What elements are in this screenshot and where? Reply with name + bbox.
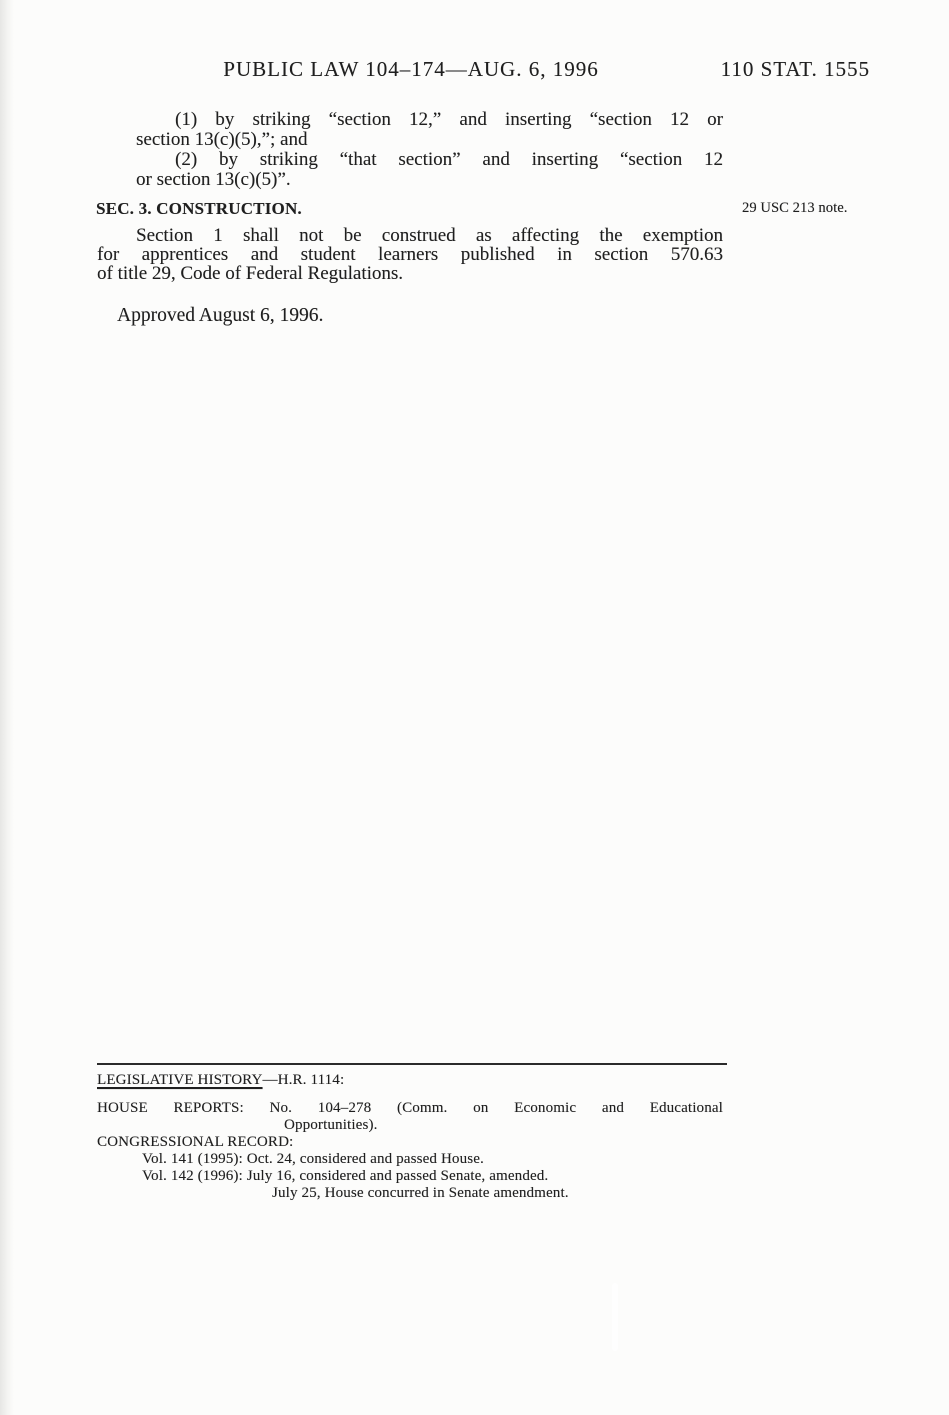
section-3-body-line-3: of title 29, Code of Federal Regulations… [97,264,403,285]
legislative-history-heading-rest: —H.R. 1114: [262,1072,344,1088]
legislative-history-rule [97,1063,727,1065]
running-head-stat-page: 110 STAT. 1555 [690,58,870,81]
amendment-1-line-1: (1) by striking “section 12,” and insert… [175,110,723,131]
house-reports-line-1: HOUSE REPORTS: No. 104–278 (Comm. on Eco… [97,1100,723,1116]
legislative-history-heading: LEGISLATIVE HISTORY—H.R. 1114: [97,1072,344,1088]
amendment-2-line-1: (2) by striking “that section” and inser… [175,150,723,171]
section-3-heading: SEC. 3. CONSTRUCTION. [96,200,302,218]
usc-margin-note: 29 USC 213 note. [742,201,848,217]
amendment-1-line-2: section 13(c)(5),”; and [136,130,307,151]
congressional-record-vol-142: Vol. 142 (1996): July 16, considered and… [142,1168,548,1184]
amendment-2-line-2: or section 13(c)(5)”. [136,170,291,191]
congressional-record-vol-141: Vol. 141 (1995): Oct. 24, considered and… [142,1151,484,1167]
legislative-history-heading-underlined: LEGISLATIVE HISTORY [97,1072,262,1088]
scan-edge-shadow [0,0,14,1415]
congressional-record-vol-142-continued: July 25, House concurred in Senate amend… [272,1185,569,1201]
scan-artifact-streak [612,1283,618,1351]
congressional-record-heading: CONGRESSIONAL RECORD: [97,1134,293,1150]
statute-page: PUBLIC LAW 104–174—AUG. 6, 1996 110 STAT… [0,0,949,1415]
house-reports-line-2: Opportunities). [284,1117,378,1133]
approval-date-line: Approved August 6, 1996. [117,305,323,326]
running-head-title: PUBLIC LAW 104–174—AUG. 6, 1996 [97,58,725,81]
